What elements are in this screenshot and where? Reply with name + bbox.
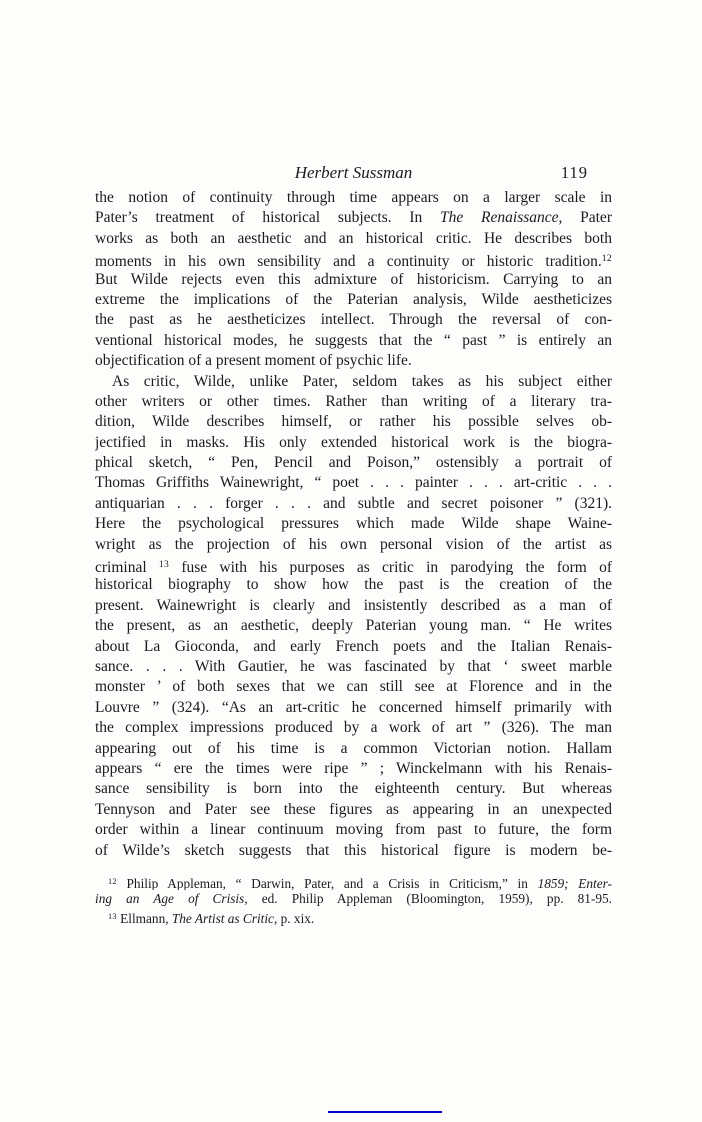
footnote-marker: 13	[159, 559, 169, 570]
text-line: Pater’s treatment of historical subjects…	[95, 208, 612, 228]
page-number: 119	[561, 162, 588, 184]
text-segment: But Wilde rejects even this admixture of…	[95, 271, 612, 288]
text-line: monster ’ of both sexes that we can stil…	[95, 677, 612, 697]
footnote-marker: 12	[602, 253, 612, 264]
footnote-marker: 12	[108, 877, 117, 886]
text-line: jectified in masks. His only extended hi…	[95, 433, 612, 453]
text-segment: the notion of continuity through time ap…	[95, 189, 612, 206]
text-segment: ing an Age of Crisis,	[95, 891, 248, 906]
text-line: order within a linear continuum moving f…	[95, 820, 612, 840]
text-segment: Pater	[562, 209, 612, 226]
text-line: ventional historical modes, he suggests …	[95, 331, 612, 351]
text-segment: criminal	[95, 559, 159, 576]
text-line: Here the psychological pressures which m…	[95, 514, 612, 534]
text-segment: Here the psychological pressures which m…	[95, 515, 612, 532]
text-line: extreme the implications of the Paterian…	[95, 290, 612, 310]
text-segment: Ellmann,	[117, 911, 172, 925]
text-line: Thomas Griffiths Wainewright, “ poet . .…	[95, 473, 612, 493]
text-line: criminal 13 fuse with his purposes as cr…	[95, 555, 612, 575]
text-line: historical biography to show how the pas…	[95, 575, 612, 595]
text-line: As critic, Wilde, unlike Pater, seldom t…	[95, 372, 612, 392]
text-segment: objectification of a present moment of p…	[95, 352, 412, 369]
text-line: other writers or other times. Rather tha…	[95, 392, 612, 412]
text-segment: The Artist as Critic,	[172, 911, 277, 925]
text-segment: The Renaissance,	[440, 209, 562, 226]
text-segment: other writers or other times. Rather tha…	[95, 393, 612, 410]
text-segment: sance sensibility is born into the eight…	[95, 780, 612, 797]
text-segment: ventional historical modes, he suggests …	[95, 332, 612, 349]
running-title: Herbert Sussman	[95, 162, 612, 184]
text-line: the present, as an aesthetic, deeply Pat…	[95, 616, 612, 636]
text-segment: p. xix.	[277, 911, 314, 925]
text-segment: As critic, Wilde, unlike Pater, seldom t…	[112, 373, 612, 390]
text-line: of Wilde’s sketch suggests that this his…	[95, 841, 612, 861]
text-block: Herbert Sussman 119 the notion of contin…	[95, 162, 612, 926]
text-segment: the past as he aestheticizes intellect. …	[95, 311, 612, 328]
text-segment: Pater’s treatment of historical subjects…	[95, 209, 440, 226]
text-line: ing an Age of Crisis, ed. Philip Applema…	[95, 890, 612, 908]
text-segment: works as both an aesthetic and an histor…	[95, 230, 612, 247]
text-segment: appears “ ere the times were ripe ” ; Wi…	[95, 760, 612, 777]
text-segment: antiquarian . . . forger . . . and subtl…	[95, 495, 612, 512]
text-segment: sance. . . . With Gautier, he was fascin…	[95, 658, 612, 675]
text-segment: about La Gioconda, and early French poet…	[95, 638, 612, 655]
text-line: the notion of continuity through time ap…	[95, 188, 612, 208]
text-segment: extreme the implications of the Paterian…	[95, 291, 612, 308]
text-line: appearing out of his time is a common Vi…	[95, 739, 612, 759]
text-line: Louvre ” (324). “As an art-critic he con…	[95, 698, 612, 718]
text-segment: the complex impressions produced by a wo…	[95, 719, 612, 736]
text-line: present. Wainewright is clearly and insi…	[95, 596, 612, 616]
text-segment: wright as the projection of his own pers…	[95, 536, 612, 553]
footnote-marker: 13	[108, 912, 117, 921]
text-segment: ed. Philip Appleman (Bloomington, 1959),…	[248, 891, 612, 906]
text-segment: Thomas Griffiths Wainewright, “ poet . .…	[95, 474, 612, 491]
text-line: 12 Philip Appleman, “ Darwin, Pater, and…	[95, 873, 612, 891]
text-segment: phical sketch, “ Pen, Pencil and Poison,…	[95, 454, 612, 471]
text-segment: appearing out of his time is a common Vi…	[95, 740, 612, 757]
text-segment: historical biography to show how the pas…	[95, 576, 612, 593]
text-segment: monster ’ of both sexes that we can stil…	[95, 678, 612, 695]
scanned-page: Herbert Sussman 119 the notion of contin…	[0, 0, 702, 1122]
text-line: the past as he aestheticizes intellect. …	[95, 310, 612, 330]
text-line: works as both an aesthetic and an histor…	[95, 229, 612, 249]
text-line: about La Gioconda, and early French poet…	[95, 637, 612, 657]
text-line: sance sensibility is born into the eight…	[95, 779, 612, 799]
text-segment: order within a linear continuum moving f…	[95, 821, 612, 838]
text-segment: of Wilde’s sketch suggests that this his…	[95, 842, 612, 859]
blue-line-mark	[328, 1111, 442, 1113]
text-segment: moments in his own sensibility and a con…	[95, 253, 602, 270]
text-segment: Tennyson and Pater see these figures as …	[95, 801, 612, 818]
body-text: the notion of continuity through time ap…	[95, 188, 612, 861]
text-line: objectification of a present moment of p…	[95, 351, 612, 371]
text-segment: Louvre ” (324). “As an art-critic he con…	[95, 699, 612, 716]
text-segment: 1859; Enter-	[538, 876, 612, 890]
text-line: antiquarian . . . forger . . . and subtl…	[95, 494, 612, 514]
text-line: dition, Wilde describes himself, or rath…	[95, 412, 612, 432]
running-header: Herbert Sussman 119	[95, 162, 612, 184]
text-line: phical sketch, “ Pen, Pencil and Poison,…	[95, 453, 612, 473]
text-line: 13 Ellmann, The Artist as Critic, p. xix…	[95, 908, 612, 926]
footnotes: 12 Philip Appleman, “ Darwin, Pater, and…	[95, 873, 612, 926]
text-line: But Wilde rejects even this admixture of…	[95, 270, 612, 290]
text-segment: present. Wainewright is clearly and insi…	[95, 597, 612, 614]
text-line: the complex impressions produced by a wo…	[95, 718, 612, 738]
text-line: sance. . . . With Gautier, he was fascin…	[95, 657, 612, 677]
text-line: moments in his own sensibility and a con…	[95, 249, 612, 269]
text-segment: the present, as an aesthetic, deeply Pat…	[95, 617, 612, 634]
text-segment: jectified in masks. His only extended hi…	[95, 434, 612, 451]
text-line: appears “ ere the times were ripe ” ; Wi…	[95, 759, 612, 779]
text-line: wright as the projection of his own pers…	[95, 535, 612, 555]
text-line: Tennyson and Pater see these figures as …	[95, 800, 612, 820]
text-segment: Philip Appleman, “ Darwin, Pater, and a …	[117, 876, 538, 890]
text-segment: fuse with his purposes as critic in paro…	[169, 559, 612, 576]
text-segment: dition, Wilde describes himself, or rath…	[95, 413, 612, 430]
